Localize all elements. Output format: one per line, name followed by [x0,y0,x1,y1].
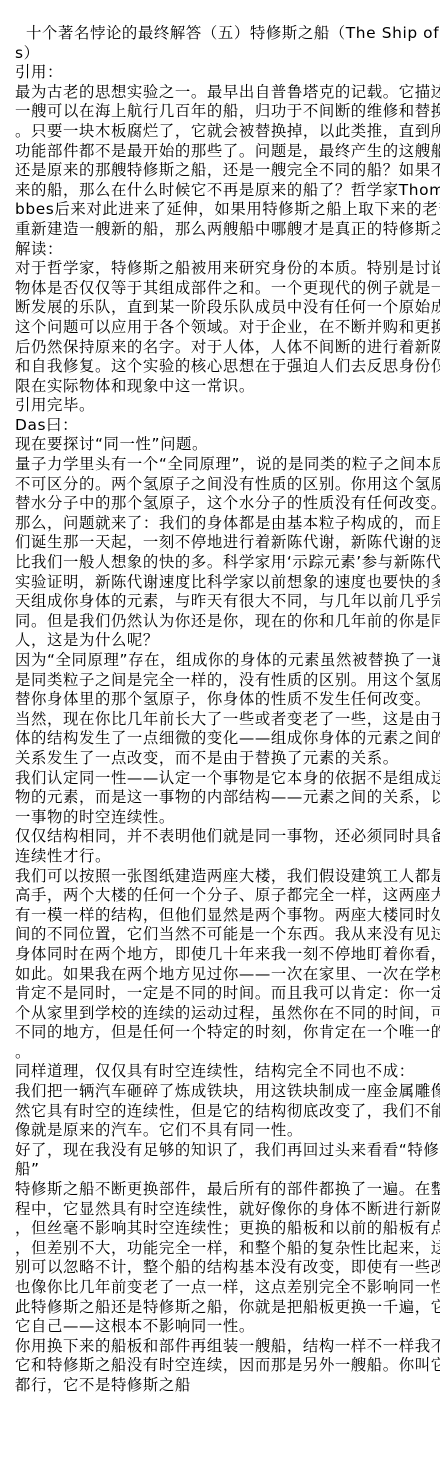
quote-line: 一艘可以在海上航行几百年的船，归功于不间断的维修和替换部件 [15,102,427,122]
quote-label: 引用： [15,63,427,83]
quote-line: 来的船，那么在什么时候它不再是原来的船了？哲学家Thomas Ho [15,181,427,201]
interpretation-line: 物体是否仅仅等于其组成部件之和。一个更现代的例子就是一个不 [15,279,427,299]
interpretation-line: 对于哲学家，特修斯之船被用来研究身份的本质。特别是讨论一个 [15,259,427,279]
body-block: 现在要探讨“同一性”问题。量子力学里头有一个“全同原理”，说的是同类的粒子之间本… [15,435,427,1395]
body-line: 肯定不是同时，一定是不同的时间。而且我可以肯定：你一定有一 [15,984,427,1004]
body-line: 如此。如果我在两个地方见过你——一次在家里、一次在学校，那 [15,965,427,985]
body-line: 因为“全同原理”存在，组成你的身体的元素虽然被替换了一遍，但 [15,651,427,671]
body-line: 高手，两个大楼的任何一个分子、原子都完全一样，这两座大楼具 [15,886,427,906]
body-line: 我们认定同一性——认定一个事物是它本身的依据不是组成这一事 [15,769,427,789]
body-line: 关系发生了一点改变，而不是由于替换了元素的关系。 [15,749,427,769]
interpretation-line: 限在实际物体和现象中这一常识。 [15,377,427,397]
body-line: 它和特修斯之船没有时空连续，因而那是另外一艘船。你叫它什么 [15,1356,427,1376]
quote-line: 功能部件都不是最开始的那些了。问题是，最终产生的这艘船是否 [15,142,427,162]
quote-line: bbes后来对此进来了延伸，如果用特修斯之船上取下来的老部件来 [15,200,427,220]
body-line: 不同的地方，但是任何一个特定的时刻，你肯定在一个唯一的地方 [15,1023,427,1043]
body-line: 也像你比几年前变老了一点一样，这点差别完全不影响同一性。因 [15,1278,427,1298]
quote-end-label: 引用完毕。 [15,396,427,416]
body-line: 实验证明，新陈代谢速度比科学家以前想象的速度也要快的多。今 [15,573,427,593]
body-line: 间的不同位置，它们当然不可能是一个东西。我从来没有见过你的 [15,925,427,945]
body-line: 。 [15,1043,427,1063]
body-line: 有一模一样的结构，但他们显然是两个事物。两座大楼同时处于空 [15,906,427,926]
body-line: 连续性才行。 [15,847,427,867]
body-line: 像就是原来的汽车。它们不具有同一性。 [15,1121,427,1141]
quote-line: 。只要一块木板腐烂了，它就会被替换掉，以此类推，直到所有的 [15,122,427,142]
interpretation-line: 和自我修复。这个实验的核心思想在于强迫人们去反思身份仅仅局 [15,357,427,377]
body-line: 都行，它不是特修斯之船 [15,1376,427,1396]
body-line: 物的元素，而是这一事物的内部结构——元素之间的关系，以及这 [15,788,427,808]
author-label: Das曰： [15,416,427,436]
body-line: 我们可以按照一张图纸建造两座大楼，我们假设建筑工人都是绝顶 [15,867,427,887]
body-line: 程中，它显然具有时空连续性，就好像你的身体不断进行新陈代谢 [15,1200,427,1220]
body-line: 它自己——这根本不影响同一性。 [15,1317,427,1337]
body-line: 人，这是为什么呢？ [15,631,427,651]
article-title: 十个著名悖论的最终解答（五）特修斯之船（The Ship of Theseu s… [15,24,427,63]
body-line: 是同类粒子之间是完全一样的，没有性质的区别。用这个氢原子代 [15,671,427,691]
body-line: 那么，问题就来了：我们的身体都是由基本粒子构成的，而且从我 [15,514,427,534]
body-line: 此特修斯之船还是特修斯之船，你就是把船板更换一千遍，它还是 [15,1298,427,1318]
interpretation-line: 后仍然保持原来的名字。对于人体，人体不间断的进行着新陈代谢 [15,338,427,358]
body-line: 个从家里到学校的连续的运动过程，虽然你在不同的时间，可以在 [15,1004,427,1024]
body-line: 天组成你身体的元素，与昨天有很大不同，与几年以前几乎完全不 [15,592,427,612]
body-line: 同。但是我们仍然认为你还是你，现在的你和几年前的你是同一个 [15,612,427,632]
quote-block: 最为古老的思想实验之一。最早出自普鲁塔克的记载。它描述的是一艘可以在海上航行几百… [15,83,427,240]
body-line: 仅仅结构相同，并不表明他们就是同一事物，还必须同时具备时空 [15,827,427,847]
quote-line: 最为古老的思想实验之一。最早出自普鲁塔克的记载。它描述的是 [15,83,427,103]
quote-line: 还是原来的那艘特修斯之船，还是一艘完全不同的船？如果不是原 [15,161,427,181]
body-line: 好了，现在我没有足够的知识了，我们再回过头来看看“特修斯之 [15,1141,427,1161]
body-line: 替你身体里的那个氢原子，你身体的性质不发生任何改变。 [15,690,427,710]
interpretation-line: 断发展的乐队，直到某一阶段乐队成员中没有任何一个原始成员。 [15,298,427,318]
title-line: s） [15,44,427,64]
article: 十个著名悖论的最终解答（五）特修斯之船（The Ship of Theseu s… [15,24,427,1396]
quote-line: 重新建造一艘新的船，那么两艘船中哪艘才是真正的特修斯之船？ [15,220,427,240]
interpretation-label: 解读： [15,240,427,260]
body-line: 们诞生那一天起，一刻不停地进行着新陈代谢，新陈代谢的速度远 [15,533,427,553]
body-line: 船” [15,1160,427,1180]
body-line: ，但丝毫不影响其时空连续性；更换的船板和以前的船板有点区别 [15,1219,427,1239]
body-line: 体的结构发生了一点细微的变化——组成你身体的元素之间的相互 [15,729,427,749]
body-line: ，但差别不大，功能完全一样，和整个船的复杂性比起来，这点差 [15,1239,427,1259]
body-line: 替水分子中的那个氢原子，这个水分子的性质没有任何改变。 [15,494,427,514]
body-line: 你用换下来的船板和部件再组装一艘船，结构一样不一样我不管， [15,1337,427,1357]
body-line: 别可以忽略不计，整个船的结构基本没有改变，即使有一些改变， [15,1258,427,1278]
body-line: 不可区分的。两个氢原子之间没有性质的区别。你用这个氢原子代 [15,475,427,495]
body-line: 当然，现在你比几年前长大了一些或者变老了一些，这是由于你身 [15,710,427,730]
body-line: 一事物的时空连续性。 [15,808,427,828]
body-line: 身体同时在两个地方，即使几十年来我一刻不停地盯着你看，也是 [15,945,427,965]
body-line: 我们把一辆汽车砸碎了炼成铁块，用这铁块制成一座金属雕像，虽 [15,1082,427,1102]
body-line: 量子力学里头有一个“全同原理”，说的是同类的粒子之间本质上是 [15,455,427,475]
body-line: 现在要探讨“同一性”问题。 [15,435,427,455]
interpretation-line: 这个问题可以应用于各个领域。对于企业，在不断并购和更换东家 [15,318,427,338]
body-line: 同样道理，仅仅具有时空连续性，结构完全不同也不成： [15,1062,427,1082]
body-line: 特修斯之船不断更换部件，最后所有的部件都换了一遍。在整个过 [15,1180,427,1200]
body-line: 比我们一般人想象的快的多。科学家用‘示踪元素’参与新陈代谢的 [15,553,427,573]
title-line: 十个著名悖论的最终解答（五）特修斯之船（The Ship of Theseu [15,24,427,44]
body-line: 然它具有时空的连续性，但是它的结构彻底改变了，我们不能说雕 [15,1102,427,1122]
interpretation-block: 对于哲学家，特修斯之船被用来研究身份的本质。特别是讨论一个物体是否仅仅等于其组成… [15,259,427,396]
